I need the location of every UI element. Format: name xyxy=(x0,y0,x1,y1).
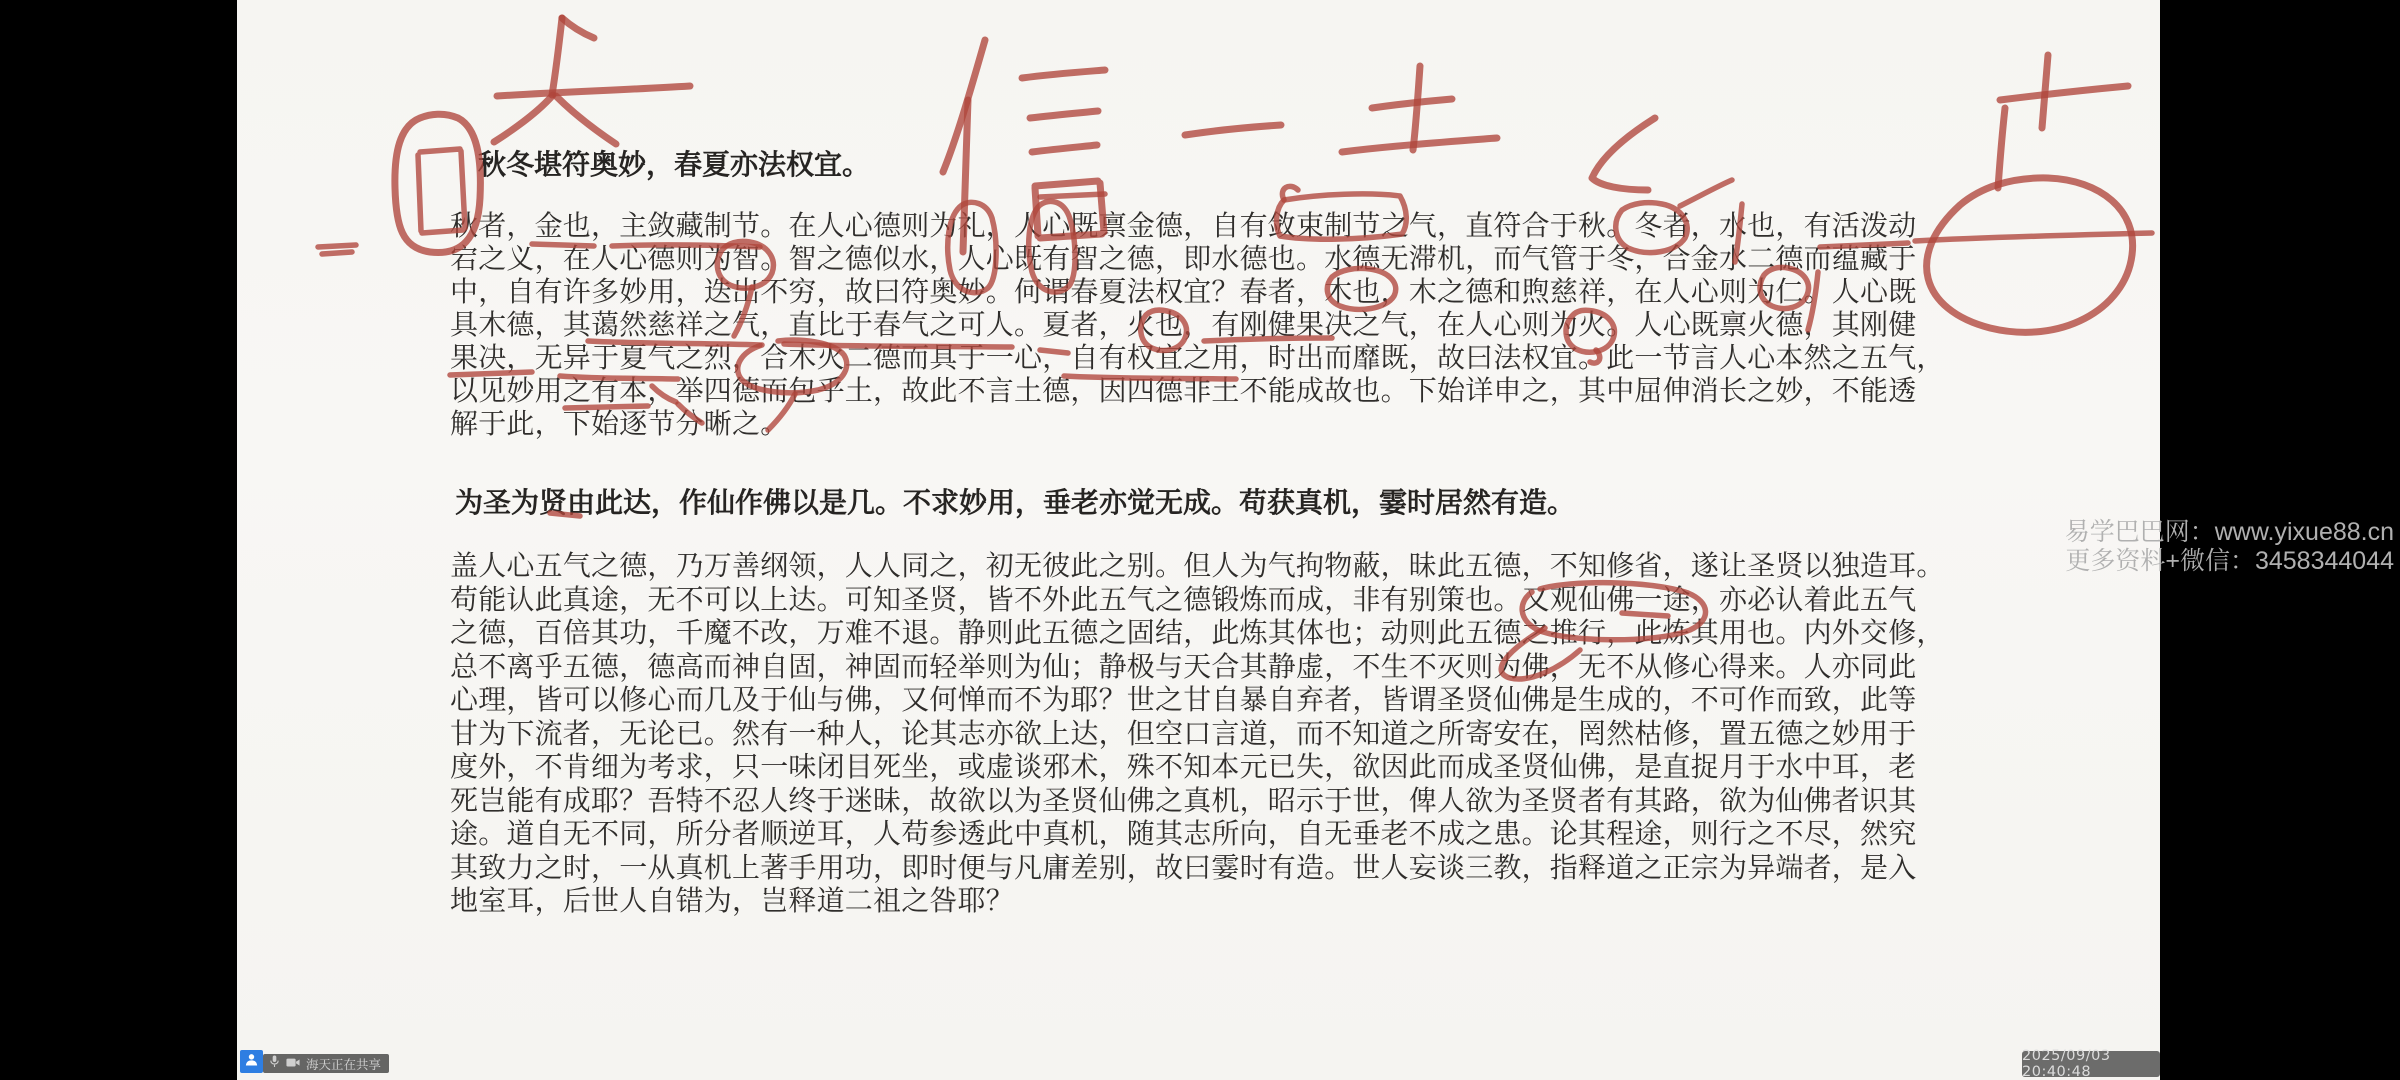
text-line: 秋者，金也，主敛藏制节。在人心德则为礼，人心既禀金德，自有敛束制节之气，直符合于… xyxy=(450,210,1945,243)
camera-icon xyxy=(286,1055,300,1073)
text-line: 度外，不肯细为考求，只一味闭目死坐，或虚谈邪术，殊不知本元已失，欲因此而成圣贤仙… xyxy=(450,751,1945,785)
text-line: 死岂能有成耶？吾特不忍人终于迷昧，故欲以为圣贤仙佛之真机，昭示于世，俾人欲为圣贤… xyxy=(450,785,1945,819)
text-line: 之德，百倍其功，千魔不改，万难不退。静则此五德之固结，此炼其体也；动则此五德之推… xyxy=(450,617,1945,651)
text-line: 宕之义，在人心德则为智。智之德似水，人心既有智之德，即水德也。水德无滞机，而气管… xyxy=(450,243,1945,276)
text-line: 以见妙用之有本，举四德而包乎土，故此不言土德，因四德非土不能成故也。下始详申之，… xyxy=(450,375,1945,408)
presenter-tile[interactable] xyxy=(240,1050,263,1073)
paragraph-1: 秋者，金也，主敛藏制节。在人心德则为礼，人心既禀金德，自有敛束制节之气，直符合于… xyxy=(450,210,1945,441)
text-line: 具木德，其蔼然慈祥之气，直比于春气之可人。夏者，火也，有刚健果决之气，在人心则为… xyxy=(450,309,1945,342)
watermark-wechat: 更多资料+微信：3458344044 xyxy=(2065,541,2394,577)
text-line: 中，自有许多妙用，迭出不穷，故曰符奥妙。何谓春夏法权宜？春者，木也，木之德和煦慈… xyxy=(450,276,1945,309)
share-status-pill[interactable]: 海天正在共享 xyxy=(263,1054,389,1073)
text-line: 果决，无异于夏气之烈，合木火二德而具于一心，自有权宜之用，时出而靡既，故曰法权宜… xyxy=(450,342,1945,375)
microphone-icon xyxy=(269,1055,280,1073)
text-line: 地室耳，后世人自错为，岂释道二祖之咎耶？ xyxy=(450,885,1945,919)
sharing-status-text: 海天正在共享 xyxy=(306,1055,381,1073)
paragraph-2: 盖人心五气之德，乃万善纲领，人人同之，初无彼此之别。但人为气拘物蔽，昧此五德，不… xyxy=(450,550,1945,919)
text-line: 解于此，下始逐节分晰之。 xyxy=(450,408,1945,441)
text-line: 途。道自无不同，所分者顺逆耳，人苟参透此中真机，随其志所向，自无垂老不成之患。论… xyxy=(450,818,1945,852)
sharing-status-bar[interactable]: 海天正在共享 xyxy=(240,1050,389,1073)
screen-share-view: { "document": { "heading1": "秋冬堪符奥妙，春夏亦法… xyxy=(0,0,2400,1080)
timestamp-badge: 2025/09/03 20:40:48 xyxy=(2022,1051,2160,1077)
text-line: 心理，皆可以修心而几及于仙与佛，又何惮而不为耶？世之甘自暴自弃者，皆谓圣贤仙佛是… xyxy=(450,684,1945,718)
text-line: 总不离乎五德，德高而神自固，神固而轻举则为仙；静极与天合其静虚，不生不灭则为佛，… xyxy=(450,651,1945,685)
text-line: 盖人心五气之德，乃万善纲领，人人同之，初无彼此之别。但人为气拘物蔽，昧此五德，不… xyxy=(450,550,1945,584)
text-line: 甘为下流者，无论已。然有一种人，论其志亦欲上达，但空口言道，而不知道之所寄安在，… xyxy=(450,718,1945,752)
text-line: 其致力之时，一从真机上著手用功，即时便与凡庸差别，故曰霎时有造。世人妄谈三教，指… xyxy=(450,852,1945,886)
document-heading-1: 秋冬堪符奥妙，春夏亦法权宜。 xyxy=(478,143,870,183)
document-heading-2: 为圣为贤由此达，作仙作佛以是几。不求妙用，垂老亦觉无成。苟获真机，霎时居然有造。 xyxy=(455,481,1575,521)
text-line: 苟能认此真途，无不可以上达。可知圣贤，皆不外此五气之德锻炼而成，非有别策也。又观… xyxy=(450,584,1945,618)
person-icon xyxy=(244,1052,259,1072)
